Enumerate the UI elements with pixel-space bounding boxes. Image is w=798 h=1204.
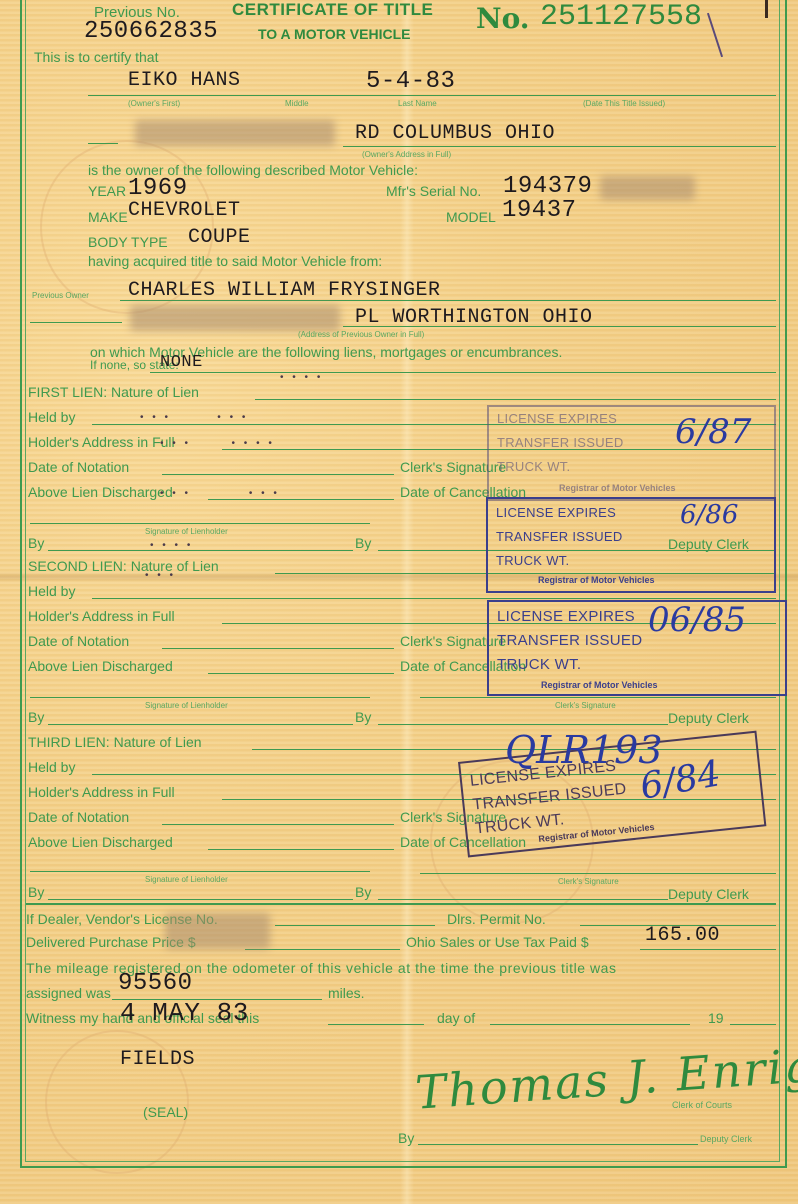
address-line-left <box>88 143 118 144</box>
by-clerk-field[interactable] <box>378 899 668 900</box>
lienholder-signature-line[interactable] <box>30 871 370 872</box>
date-notation-field[interactable] <box>162 824 394 825</box>
document-subtitle: TO A MOTOR VEHICLE <box>258 26 410 42</box>
stamp-truck-wt: TRUCK WT. <box>497 459 570 474</box>
date-notation-label: Date of Notation <box>28 633 129 649</box>
perforation-pattern: • • • • <box>150 540 193 551</box>
stamp-registrar: Registrar of Motor Vehicles <box>541 680 658 690</box>
sales-tax-field <box>640 949 776 950</box>
section-divider <box>26 903 776 905</box>
dealer-permit-label: Dlrs. Permit No. <box>447 911 546 927</box>
year-prefix-label: 19 <box>708 1010 724 1026</box>
day-of-label: day of <box>437 1010 475 1026</box>
stamp-truck-wt: TRUCK WT. <box>496 553 569 568</box>
vehicle-year: 1969 <box>128 175 188 202</box>
stamp-transfer-issued: TRANSFER ISSUED <box>496 529 623 544</box>
previous-address-line-left <box>30 322 122 323</box>
lien-heading: SECOND LIEN: Nature of Lien <box>28 558 219 574</box>
previous-owner-label: Previous Owner <box>32 291 89 300</box>
stamp-truck-wt: TRUCK WT. <box>497 656 581 673</box>
held-by-label: Held by <box>28 759 75 775</box>
lien-heading: THIRD LIEN: Nature of Lien <box>28 734 202 750</box>
lien-discharged-label: Above Lien Discharged <box>28 834 173 850</box>
certificate-number: 251127558 <box>540 0 702 34</box>
deputy-clerk-label: Deputy Clerk <box>668 710 749 726</box>
held-by-label: Held by <box>28 409 75 425</box>
by-field[interactable] <box>48 899 353 900</box>
clerk-signature-line[interactable] <box>420 697 776 698</box>
witness-year-field[interactable] <box>730 1024 776 1025</box>
holder-address-label: Holder's Address in Full <box>28 784 175 800</box>
handwritten-expiry-2: 6/86 <box>680 500 738 530</box>
handwritten-expiry-3: 06/85 <box>648 600 746 640</box>
date-notation-field[interactable] <box>162 648 394 649</box>
redacted-dealer-price <box>165 913 270 949</box>
holder-address-label: Holder's Address in Full <box>28 434 175 450</box>
witness-month-field[interactable] <box>490 1024 690 1025</box>
holder-address-label: Holder's Address in Full <box>28 608 175 624</box>
purchase-price-field[interactable] <box>245 949 400 950</box>
lien-nature-field[interactable] <box>255 399 776 400</box>
caption-owner-address: (Owner's Address in Full) <box>362 150 451 159</box>
perforation-pattern: • • • • • • <box>160 488 280 499</box>
previous-owner-name-line <box>120 300 776 301</box>
lien-heading: FIRST LIEN: Nature of Lien <box>28 384 199 400</box>
liens-none-value: NONE <box>160 353 203 372</box>
caption-owner-first: (Owner's First) <box>128 99 180 108</box>
redacted-serial-suffix <box>600 176 695 200</box>
caption-previous-address: (Address of Previous Owner in Full) <box>298 330 424 339</box>
previous-owner-name: CHARLES WILLIAM FRYSINGER <box>128 279 441 302</box>
owner-address: RD COLUMBUS OHIO <box>355 122 555 145</box>
stamp-registrar: Registrar of Motor Vehicles <box>538 575 655 585</box>
stamped-witness-date: 4 MAY 83 <box>120 998 249 1028</box>
serial-number: 194379 <box>503 173 592 200</box>
lien-discharged-label: Above Lien Discharged <box>28 658 173 674</box>
make-label: MAKE <box>88 209 128 225</box>
date-issued: 5-4-83 <box>366 68 455 95</box>
sales-tax-value: 165.00 <box>645 924 720 947</box>
redacted-owner-street <box>135 120 335 146</box>
deputy-clerk-caption: Deputy Clerk <box>700 1134 752 1144</box>
sales-tax-label: Ohio Sales or Use Tax Paid $ <box>406 934 589 950</box>
clerk-of-courts-caption: Clerk of Courts <box>672 1100 732 1110</box>
held-by-field[interactable] <box>92 598 776 599</box>
previous-owner-address-line <box>343 326 776 327</box>
county-name: FIELDS <box>120 1048 195 1071</box>
liens-none-line <box>150 372 776 373</box>
by-label-clerk: By <box>355 535 371 551</box>
by-label-clerk: By <box>355 884 371 900</box>
stamp-transfer-issued: TRANSFER ISSUED <box>497 632 642 649</box>
by-clerk-field[interactable] <box>378 724 668 725</box>
lien-discharged-field[interactable] <box>208 673 394 674</box>
redacted-previous-owner-street <box>130 305 340 331</box>
footer-deputy-signature-field[interactable] <box>418 1144 698 1145</box>
previous-owner-intro: having acquired title to said Motor Vehi… <box>88 253 382 269</box>
caption-lienholder-signature: Signature of Lienholder <box>145 701 228 710</box>
owner-name-line <box>88 95 776 96</box>
perforation-pattern: • • • • <box>280 372 323 383</box>
body-type-label: BODY TYPE <box>88 234 168 250</box>
caption-owner-last: Last Name <box>398 99 437 108</box>
serial-label: Mfr's Serial No. <box>386 183 481 199</box>
owner-name: EIKO HANS <box>128 69 241 92</box>
held-by-label: Held by <box>28 583 75 599</box>
perforation-pattern: • • • • • • <box>140 412 248 423</box>
lienholder-signature-line[interactable] <box>30 523 370 524</box>
clerk-signature-line[interactable] <box>420 873 776 874</box>
deputy-clerk-label: Deputy Clerk <box>668 886 749 902</box>
by-field[interactable] <box>48 550 353 551</box>
stamp-license-expires: LICENSE EXPIRES <box>497 411 617 426</box>
vehicle-make: CHEVROLET <box>128 199 241 222</box>
stamp-license-expires: LICENSE EXPIRES <box>497 608 635 625</box>
vehicle-model: 19437 <box>502 197 577 224</box>
date-notation-label: Date of Notation <box>28 809 129 825</box>
by-label: By <box>28 709 44 725</box>
handwritten-plate-number: QLR193 <box>505 728 663 772</box>
by-field[interactable] <box>48 724 353 725</box>
footer-by-label: By <box>398 1130 414 1146</box>
certify-text: This is to certify that <box>34 49 158 65</box>
perforation-pattern: • • • • • • • <box>160 438 275 449</box>
date-notation-field[interactable] <box>162 474 394 475</box>
date-notation-label: Date of Notation <box>28 459 129 475</box>
by-label: By <box>28 884 44 900</box>
body-type: COUPE <box>188 226 251 249</box>
certificate-no-label: No. <box>476 2 530 35</box>
caption-lienholder-signature: Signature of Lienholder <box>145 527 228 536</box>
caption-lienholder-signature: Signature of Lienholder <box>145 875 228 884</box>
caption-owner-middle: Middle <box>285 99 309 108</box>
year-label: YEAR <box>88 183 126 199</box>
perforation-pattern: • • • <box>145 570 176 581</box>
witness-day-field[interactable] <box>328 1024 424 1025</box>
dealer-license-field[interactable] <box>275 925 435 926</box>
previous-no-value: 250662835 <box>84 18 218 45</box>
lien-discharged-field[interactable] <box>208 499 394 500</box>
odometer-value: 95560 <box>118 970 193 997</box>
lienholder-signature-line[interactable] <box>30 697 370 698</box>
handwritten-expiry-1: 6/87 <box>675 412 751 452</box>
model-label: MODEL <box>446 209 496 225</box>
caption-clerk-signature: Clerk's Signature <box>558 877 619 886</box>
stamp-license-expires: LICENSE EXPIRES <box>496 505 616 520</box>
stamp-transfer-issued: TRANSFER ISSUED <box>497 435 624 450</box>
caption-date-issued: (Date This Title Issued) <box>583 99 665 108</box>
caption-clerk-signature: Clerk's Signature <box>555 701 616 710</box>
pin-mark <box>765 0 768 18</box>
document-title: CERTIFICATE OF TITLE <box>232 0 433 20</box>
by-label: By <box>28 535 44 551</box>
mileage-assigned-label: assigned was <box>26 985 111 1001</box>
by-label-clerk: By <box>355 709 371 725</box>
lien-discharged-field[interactable] <box>208 849 394 850</box>
lien-discharged-label: Above Lien Discharged <box>28 484 173 500</box>
mileage-statement: The mileage registered on the odometer o… <box>26 960 617 976</box>
stamp-registrar: Registrar of Motor Vehicles <box>559 483 676 493</box>
owner-address-line <box>343 146 776 147</box>
miles-label: miles. <box>328 985 365 1001</box>
seal-label: (SEAL) <box>143 1104 188 1120</box>
